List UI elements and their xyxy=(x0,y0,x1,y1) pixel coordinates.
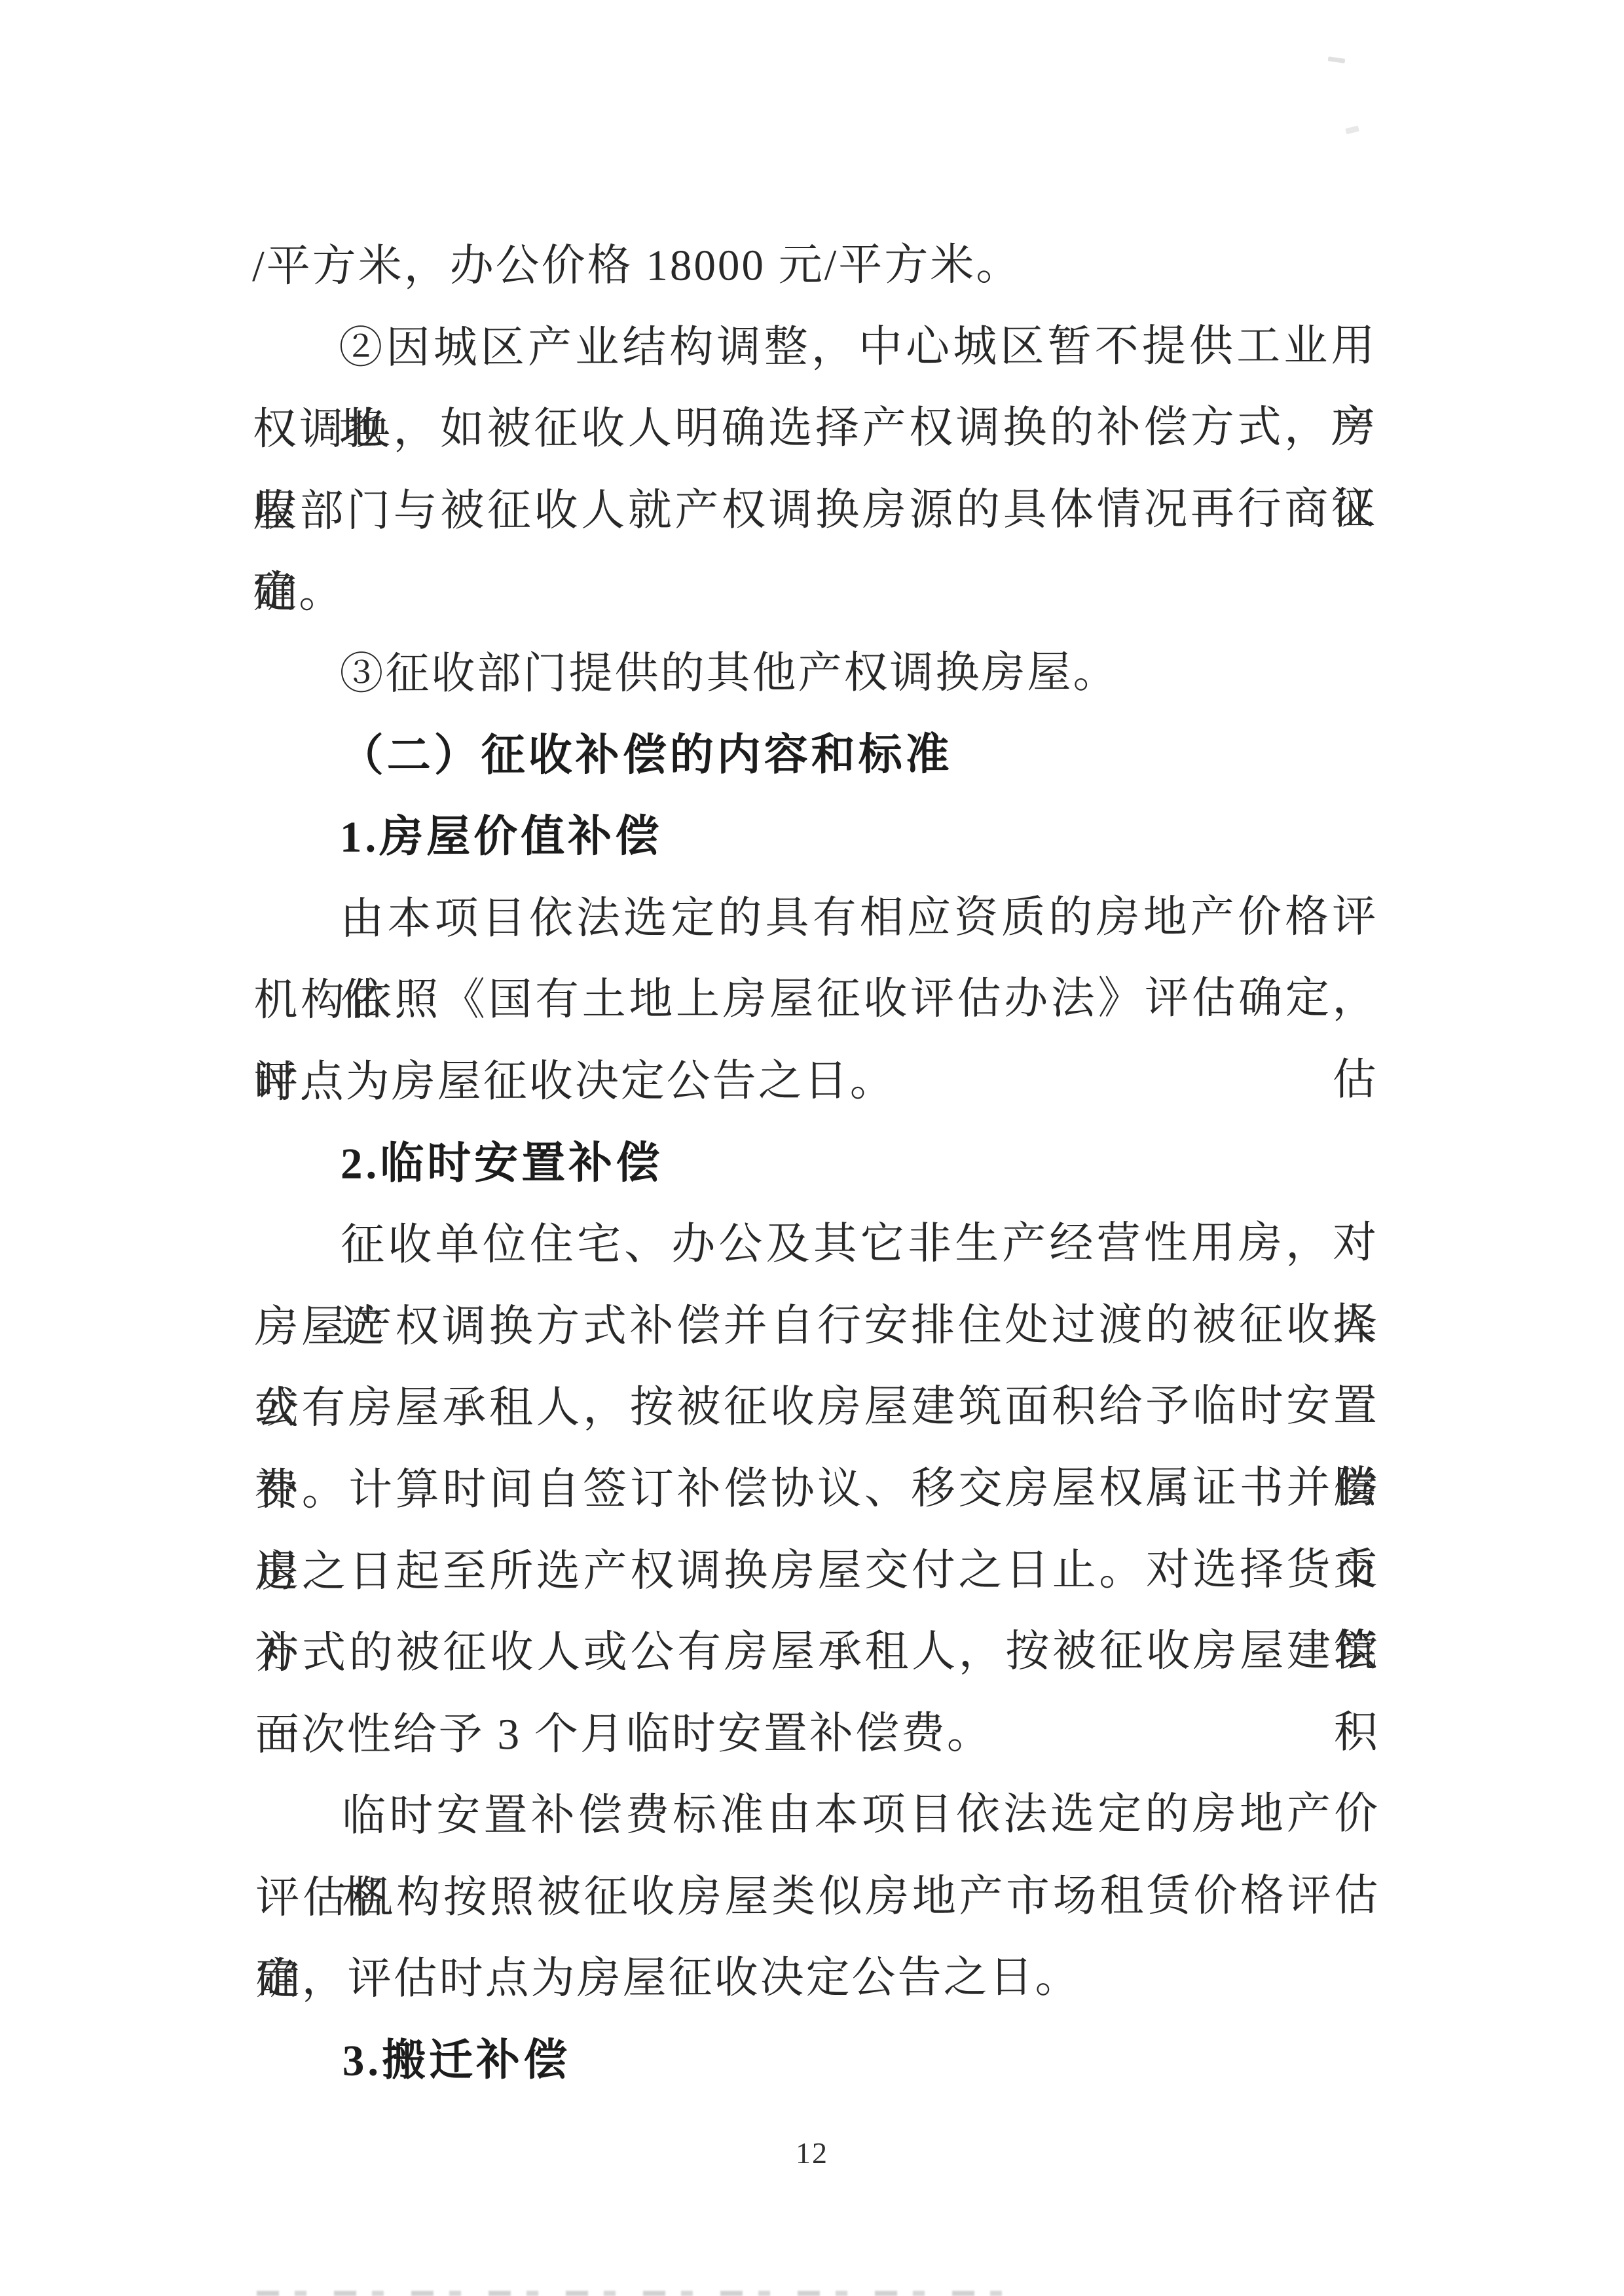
text-line: 机构依照《国有土地上房屋征收评估办法》评估确定，评估 xyxy=(253,958,1378,1042)
heading-line: （二）征收补偿的内容和标准 xyxy=(253,713,1378,797)
text-line: 评估机构按照被征收房屋类似房地产市场租赁价格评估确 xyxy=(255,1855,1380,1939)
text-line: 方式的被征收人或公有房屋承租人，按被征收房屋建筑面积 xyxy=(255,1610,1379,1694)
text-line: 权调换，如被征收人明确选择产权调换的补偿方式，房屋征 xyxy=(253,387,1377,471)
text-line: /平方米，办公价格 18000 元/平方米。 xyxy=(252,223,1376,307)
text-line: 征收单位住宅、办公及其它非生产经营性用房，对选择 xyxy=(254,1203,1378,1286)
scan-speck-artifact xyxy=(1328,56,1346,64)
heading-line: 3.搬迁补偿 xyxy=(256,2018,1380,2102)
text-line: 房屋产权调换方式补偿并自行安排住处过渡的被征收人或 xyxy=(254,1284,1378,1368)
document-body: /平方米，办公价格 18000 元/平方米。②因城区产业结构调整，中心城区暂不提… xyxy=(252,223,1380,2102)
text-line: ②因城区产业结构调整，中心城区暂不提供工业用地产 xyxy=(252,305,1376,389)
heading-line: 2.临时安置补偿 xyxy=(254,1121,1378,1205)
text-line: 定，评估时点为房屋征收决定公告之日。 xyxy=(255,1937,1380,2020)
text-line: 由本项目依法选定的具有相应资质的房地产价格评估 xyxy=(253,876,1378,960)
page-number: 12 xyxy=(0,2136,1624,2170)
text-line: 临时安置补偿费标准由本项目依法选定的房地产价格 xyxy=(255,1774,1380,1857)
text-line: 房之日起至所选产权调换房屋交付之日止。对选择货币补偿 xyxy=(255,1529,1379,1613)
text-line: ③征收部门提供的其他产权调换房屋。 xyxy=(253,631,1377,715)
heading-line: 1.房屋价值补偿 xyxy=(253,795,1378,879)
text-line: 定。 xyxy=(253,550,1377,634)
bottom-bleed-through-artifact xyxy=(257,2291,1026,2296)
text-line: 公有房屋承租人，按被征收房屋建筑面积给予临时安置补偿 xyxy=(255,1366,1379,1449)
text-line: 费。计算时间自签订补偿协议、移交房屋权属证书并腾退交 xyxy=(255,1447,1379,1531)
scan-speck-artifact xyxy=(1345,126,1359,135)
text-line: 收部门与被征收人就产权调换房源的具体情况再行商议确 xyxy=(253,468,1377,552)
scanned-document-page: /平方米，办公价格 18000 元/平方米。②因城区产业结构调整，中心城区暂不提… xyxy=(0,0,1624,2296)
